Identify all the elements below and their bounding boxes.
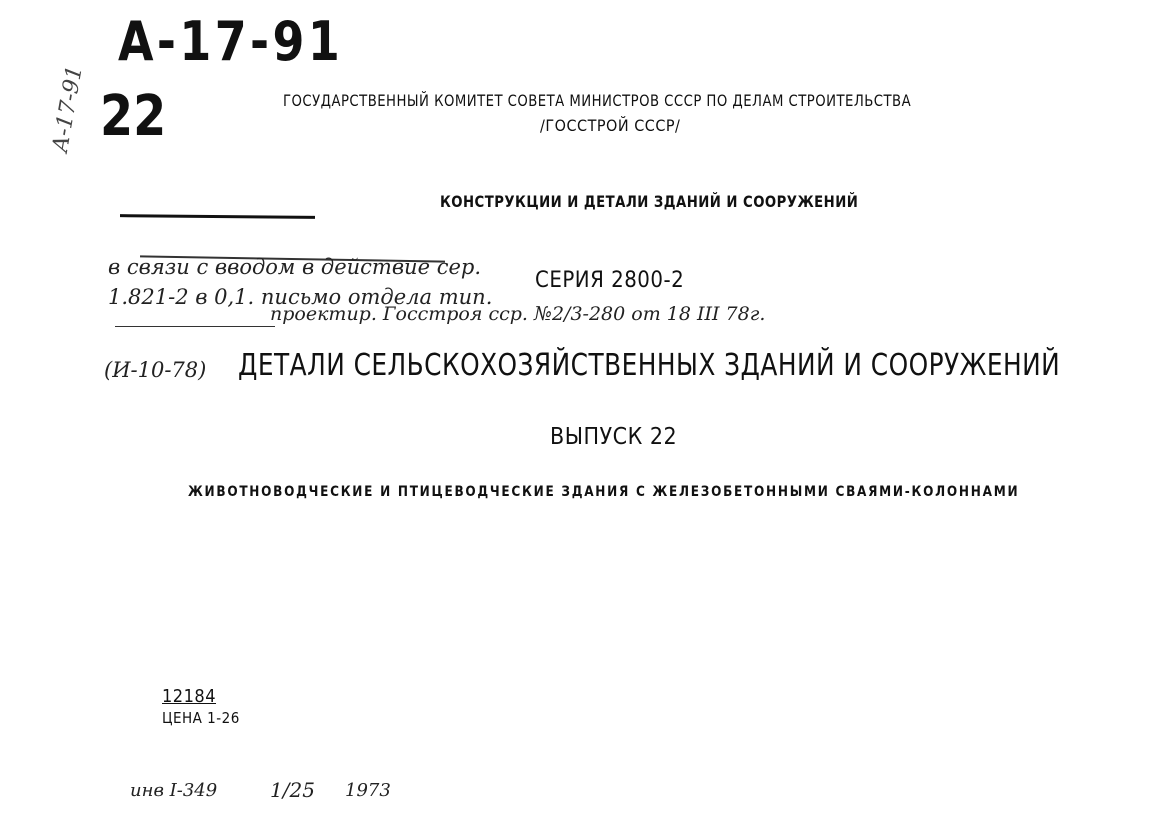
document-title: ДЕТАЛИ СЕЛЬСКОХОЗЯЙСТВЕННЫХ ЗДАНИЙ И СОО… <box>238 348 1060 383</box>
inventory-year: 1973 <box>345 780 391 801</box>
handwritten-note-line-1: в связи с вводом в действие сер. <box>108 255 481 279</box>
inventory-number: инв I-349 <box>130 780 217 801</box>
catalog-number: 12184 <box>162 686 216 707</box>
committee-heading: ГОСУДАРСТВЕННЫЙ КОМИТЕТ СОВЕТА МИНИСТРОВ… <box>283 91 911 110</box>
committee-abbreviation: /ГОССТРОЙ СССР/ <box>540 116 680 135</box>
divider-line <box>120 214 315 219</box>
handwritten-code: (И-10-78) <box>104 358 206 382</box>
inventory-mark: 1/25 <box>270 778 315 802</box>
issue-label: ВЫПУСК 22 <box>550 424 677 450</box>
underline-rule <box>115 326 275 327</box>
category-heading: КОНСТРУКЦИИ И ДЕТАЛИ ЗДАНИЙ И СООРУЖЕНИЙ <box>440 192 858 211</box>
document-code: А-17-91 <box>118 10 343 73</box>
handwritten-note-line-3: проектир. Госстроя сср. №2/3-280 от 18 I… <box>270 303 765 325</box>
margin-handwritten-note: А-17-91 <box>48 64 88 155</box>
document-subtitle: ЖИВОТНОВОДЧЕСКИЕ И ПТИЦЕВОДЧЕСКИЕ ЗДАНИЯ… <box>188 484 1019 500</box>
price-label: ЦЕНА 1-26 <box>162 709 240 727</box>
series-label: СЕРИЯ 2800-2 <box>535 268 684 293</box>
volume-number: 22 <box>100 84 166 149</box>
